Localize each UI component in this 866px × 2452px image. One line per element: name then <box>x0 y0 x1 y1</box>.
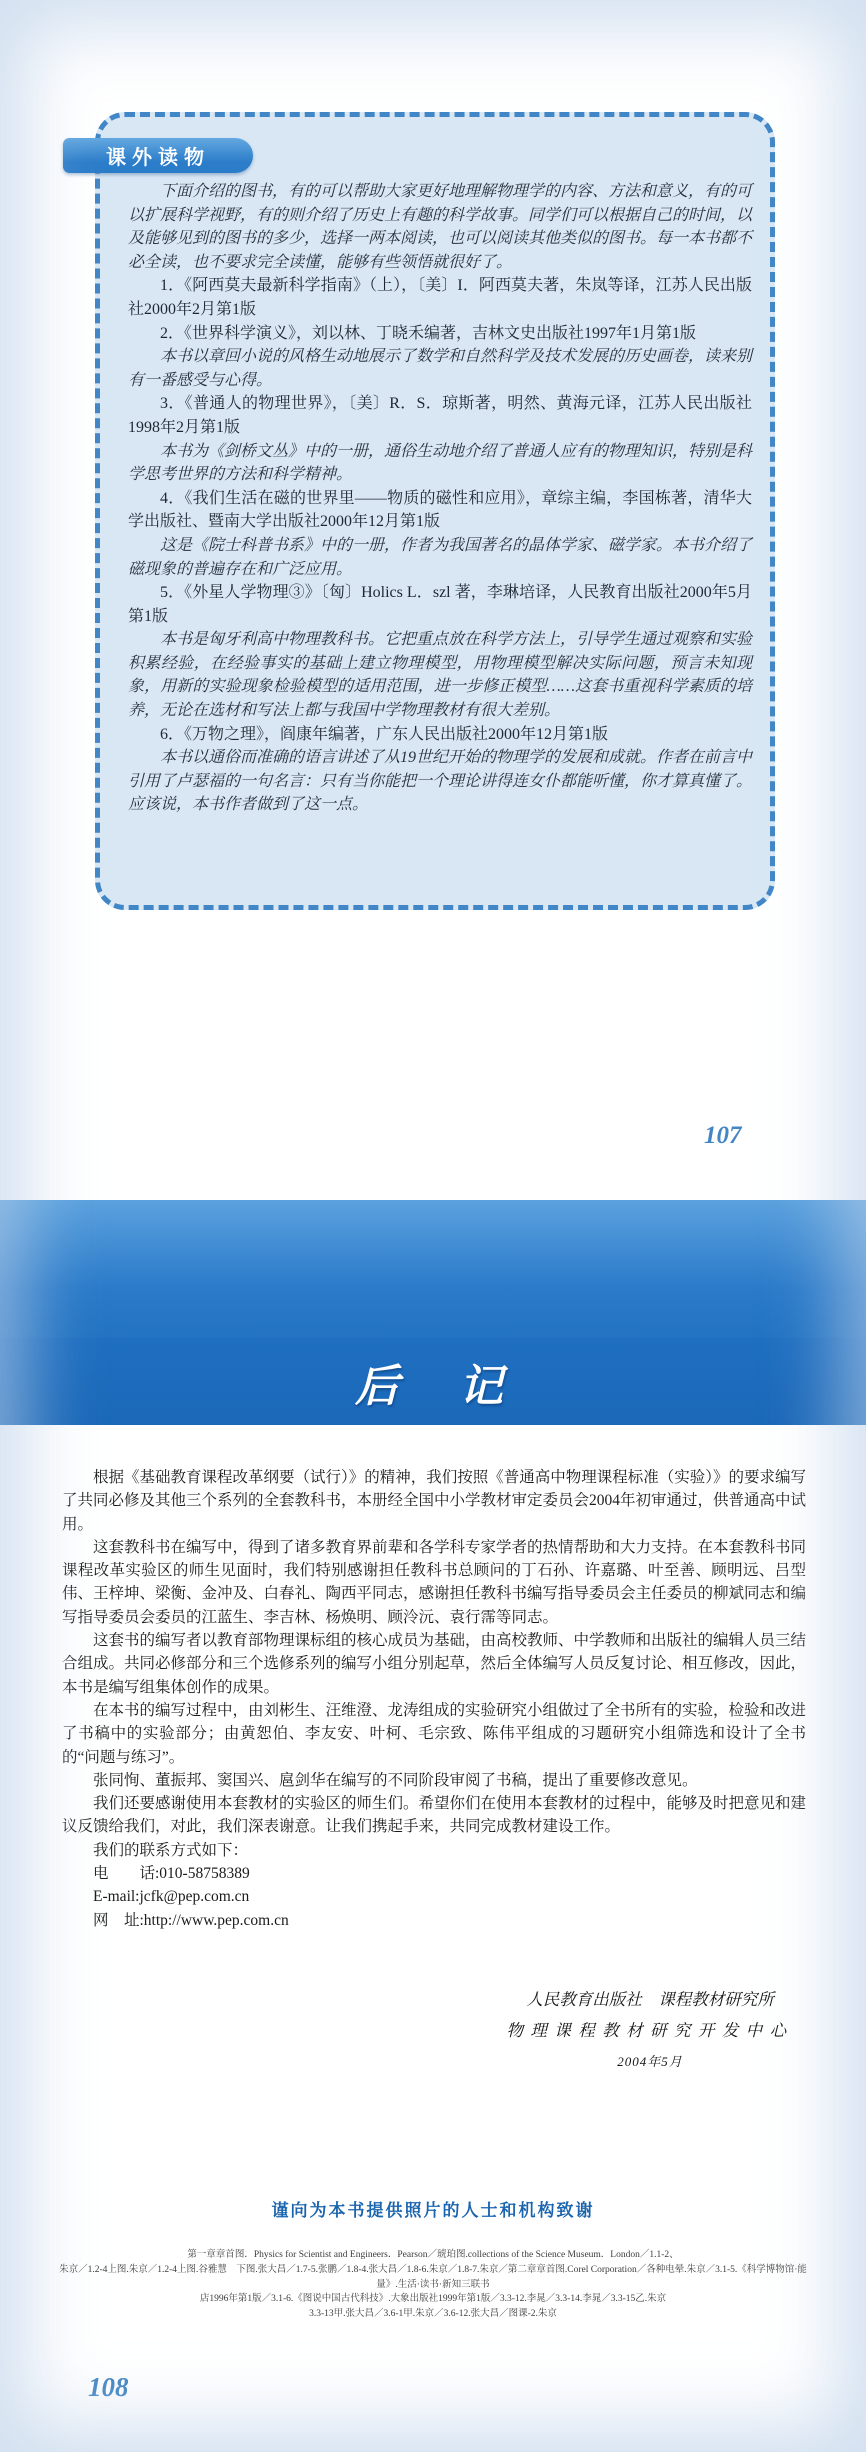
afterword-paragraph: 在本书的编写过程中，由刘彬生、汪维澄、龙涛组成的实验研究小组做过了全书所有的实验… <box>62 1699 806 1769</box>
book-entry: 3．《普通人的物理世界》，〔美〕R．S．琼斯著，明然、黄海元译，江苏人民出版社1… <box>128 392 752 439</box>
contact-email: E-mail:jcfk@pep.com.cn <box>62 1885 806 1908</box>
book-note: 本书以通俗而准确的语言讲述了从19世纪开始的物理学的发展和成就。作者在前言中引用… <box>128 746 752 817</box>
publisher-signature: 人民教育出版社 课程教材研究所 物理课程教材研究开发中心 2004年5月 <box>470 1984 830 2077</box>
photo-credits-title: 谨向为本书提供照片的人士和机构致谢 <box>0 2196 866 2221</box>
book-note: 本书为《剑桥文丛》中的一册，通俗生动地介绍了普通人应有的物理知识，特别是科学思考… <box>128 440 752 487</box>
contact-phone: 电 话:010-58758389 <box>62 1862 806 1885</box>
publisher-line: 人民教育出版社 课程教材研究所 <box>526 1990 774 2009</box>
book-entry: 2．《世界科学演义》，刘以林、丁晓禾编著，吉林文史出版社1997年1月第1版 <box>128 322 752 346</box>
reading-list: 下面介绍的图书，有的可以帮助大家更好地理解物理学的内容、方法和意义，有的可以扩展… <box>128 180 752 817</box>
credits-line: 朱京／1.2-4上图.朱京／1.2-4上图.谷雅慧 下图.张大昌／1.7-5.张… <box>58 2263 808 2293</box>
extracurricular-reading-tab: 课外读物 <box>63 138 253 173</box>
afterword-body: 根据《基础教育课程改革纲要（试行）》的精神，我们按照《普通高中物理课程标准（实验… <box>62 1466 806 1932</box>
textbook-spread: 课外读物 下面介绍的图书，有的可以帮助大家更好地理解物理学的内容、方法和意义，有… <box>0 0 866 2452</box>
photo-credits-list: 第一章章首图．Physics for Scientist and Enginee… <box>58 2248 808 2322</box>
extracurricular-reading-tab-label: 课外读物 <box>106 141 210 170</box>
contact-website: 网 址:http://www.pep.com.cn <box>62 1909 806 1932</box>
book-entry: 1．《阿西莫夫最新科学指南》（上），〔美〕I．阿西莫夫著，朱岚等译，江苏人民出版… <box>128 274 752 321</box>
book-note: 本书以章回小说的风格生动地展示了数学和自然科学及技术发展的历史画卷，读来别有一番… <box>128 345 752 392</box>
reading-intro: 下面介绍的图书，有的可以帮助大家更好地理解物理学的内容、方法和意义，有的可以扩展… <box>128 180 752 274</box>
book-entry: 5．《外星人学物理③》〔匈〕Holics L．szl 著，李琳培译，人民教育出版… <box>128 581 752 628</box>
afterword-paragraph: 根据《基础教育课程改革纲要（试行）》的精神，我们按照《普通高中物理课程标准（实验… <box>62 1466 806 1536</box>
afterword-paragraph: 这套教科书在编写中，得到了诸多教育界前辈和各学科专家学者的热情帮助和大力支持。在… <box>62 1536 806 1629</box>
afterword-title-band: 后 记 <box>0 1338 866 1425</box>
book-entry: 6．《万物之理》，阎康年编著，广东人民出版社2000年12月第1版 <box>128 723 752 747</box>
book-entry: 4．《我们生活在磁的世界里——物质的磁性和应用》，章综主编，李国栋著，清华大学出… <box>128 487 752 534</box>
credits-line: 3.3-13甲.张大昌／3.6-1甲.朱京／3.6-12.张大昌／图课-2.朱京 <box>58 2307 808 2322</box>
credits-line: 店1996年第1版／3.1-6.《图说中国古代科技》.大象出版社1999年第1版… <box>58 2292 808 2307</box>
publisher-center-line: 物理课程教材研究开发中心 <box>470 2015 830 2046</box>
book-note: 这是《院士科普书系》中的一册，作者为我国著名的晶体学家、磁学家。本书介绍了磁现象… <box>128 534 752 581</box>
book-note: 本书是匈牙利高中物理教科书。它把重点放在科学方法上，引导学生通过观察和实验积累经… <box>128 628 752 722</box>
afterword-paragraph: 张同恂、董振邦、窦国兴、扈剑华在编写的不同阶段审阅了书稿，提出了重要修改意见。 <box>62 1769 806 1792</box>
page-number-108: 108 <box>88 2372 129 2403</box>
signature-date: 2004年5月 <box>470 2046 830 2077</box>
page-number-107: 107 <box>704 1122 742 1150</box>
contact-intro: 我们的联系方式如下： <box>62 1839 806 1862</box>
afterword-paragraph: 这套书的编写者以教育部物理课标组的核心成员为基础，由高校教师、中学教师和出版社的… <box>62 1629 806 1699</box>
afterword-paragraph: 我们还要感谢使用本套教材的实验区的师生们。希望你们在使用本套教材的过程中，能够及… <box>62 1792 806 1839</box>
afterword-header-block <box>0 1200 866 1338</box>
credits-line: 第一章章首图．Physics for Scientist and Enginee… <box>58 2248 808 2263</box>
afterword-title: 后 记 <box>355 1350 511 1414</box>
